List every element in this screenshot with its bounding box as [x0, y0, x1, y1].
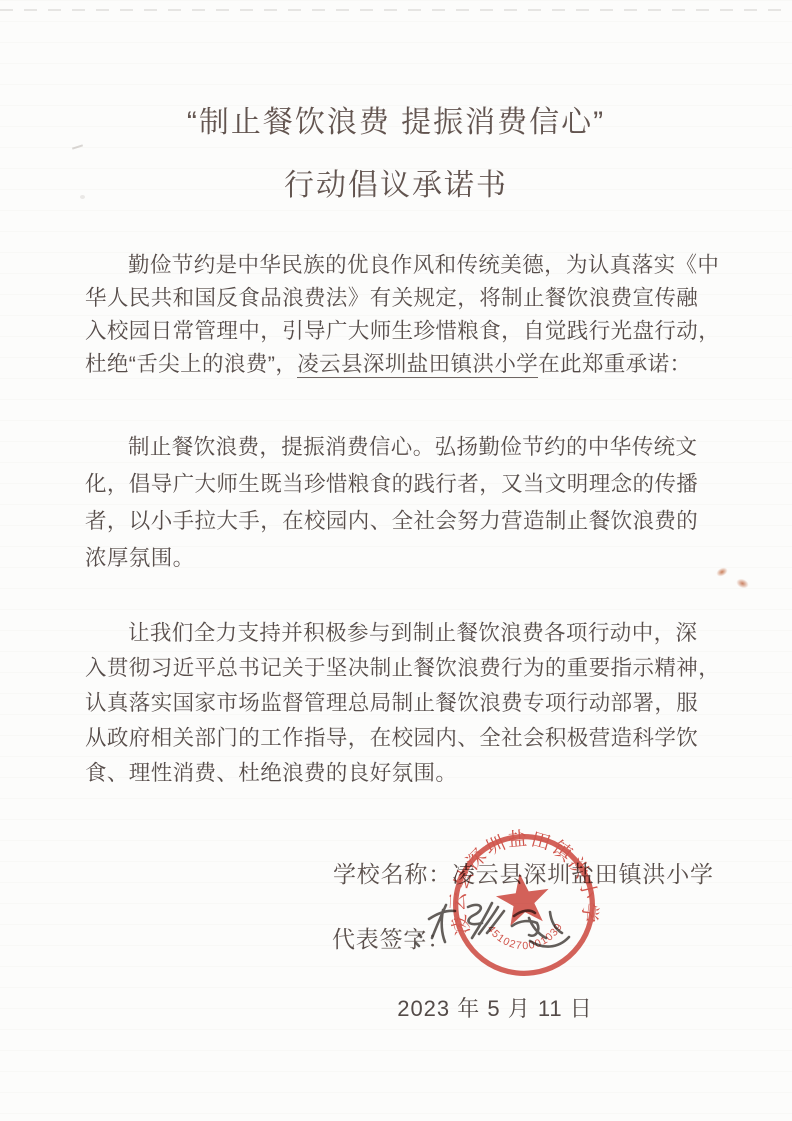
p1-line3: 入校园日常管理中，引导广大师生珍惜粮食，自觉践行光盘行动， — [85, 315, 725, 348]
p3-line1: 让我们全力支持并积极参与到制止餐饮浪费各项行动中，深 — [85, 616, 725, 651]
p1-line1: 勤俭节约是中华民族的优良作风和传统美德，为认真落实《中 — [85, 249, 725, 282]
paragraph-3: 让我们全力支持并积极参与到制止餐饮浪费各项行动中，深 入贯彻习近平总书记关于坚决… — [85, 616, 725, 791]
p2-line4: 浓厚氛围。 — [85, 540, 725, 577]
p2-line1: 制止餐饮浪费，提振消费信心。弘扬勤俭节约的中华传统文 — [85, 429, 725, 466]
svg-text:4510270001039: 4510270001039 — [484, 913, 568, 957]
school-name-label: 学校名称： — [333, 861, 452, 887]
paragraph-1: 勤俭节约是中华民族的优良作风和传统美德，为认真落实《中 华人民共和国反食品浪费法… — [85, 249, 725, 381]
ink-speck — [735, 577, 750, 590]
paragraph-2: 制止餐饮浪费，提振消费信心。弘扬勤俭节约的中华传统文 化，倡导广大师生既当珍惜粮… — [85, 429, 725, 577]
p1-line4-pre: 杜绝“舌尖上的浪费”， — [85, 352, 297, 376]
school-name-underlined: 凌云县深圳盐田镇洪小学 — [297, 352, 538, 378]
official-red-seal: 凌云县深圳盐田镇洪小学 4510270001039 — [437, 818, 611, 992]
scanned-document-page: “制止餐饮浪费 提振消费信心” 行动倡议承诺书 勤俭节约是中华民族的优良作风和传… — [0, 0, 792, 1121]
signing-date: 2023 年 5 月 11 日 — [395, 992, 595, 1023]
seal-star-icon — [493, 870, 553, 927]
p2-line3: 者，以小手拉大手，在校园内、全社会努力营造制止餐饮浪费的 — [85, 503, 725, 540]
scan-artifact-top-edge — [0, 9, 792, 11]
p1-line4: 杜绝“舌尖上的浪费”，凌云县深圳盐田镇洪小学在此郑重承诺： — [85, 348, 725, 381]
seal-number-text: 4510270001039 — [484, 913, 568, 957]
document-title-line2: 行动倡议承诺书 — [0, 160, 792, 204]
p3-line2: 入贯彻习近平总书记关于坚决制止餐饮浪费行为的重要指示精神， — [85, 651, 725, 686]
p2-line2: 化，倡导广大师生既当珍惜粮食的践行者，又当文明理念的传播 — [85, 466, 725, 503]
p3-line5: 食、理性消费、杜绝浪费的良好氛围。 — [85, 756, 725, 791]
document-title-line1: “制止餐饮浪费 提振消费信心” — [0, 97, 792, 141]
p3-line3: 认真落实国家市场监督管理总局制止餐饮浪费专项行动部署，服 — [85, 686, 725, 721]
p1-line2: 华人民共和国反食品浪费法》有关规定，将制止餐饮浪费宣传融 — [85, 282, 725, 315]
scan-artifact-dash — [72, 144, 83, 149]
p1-line4-post: 在此郑重承诺： — [538, 352, 691, 376]
p3-line4: 从政府相关部门的工作指导，在校园内、全社会积极营造科学饮 — [85, 721, 725, 756]
